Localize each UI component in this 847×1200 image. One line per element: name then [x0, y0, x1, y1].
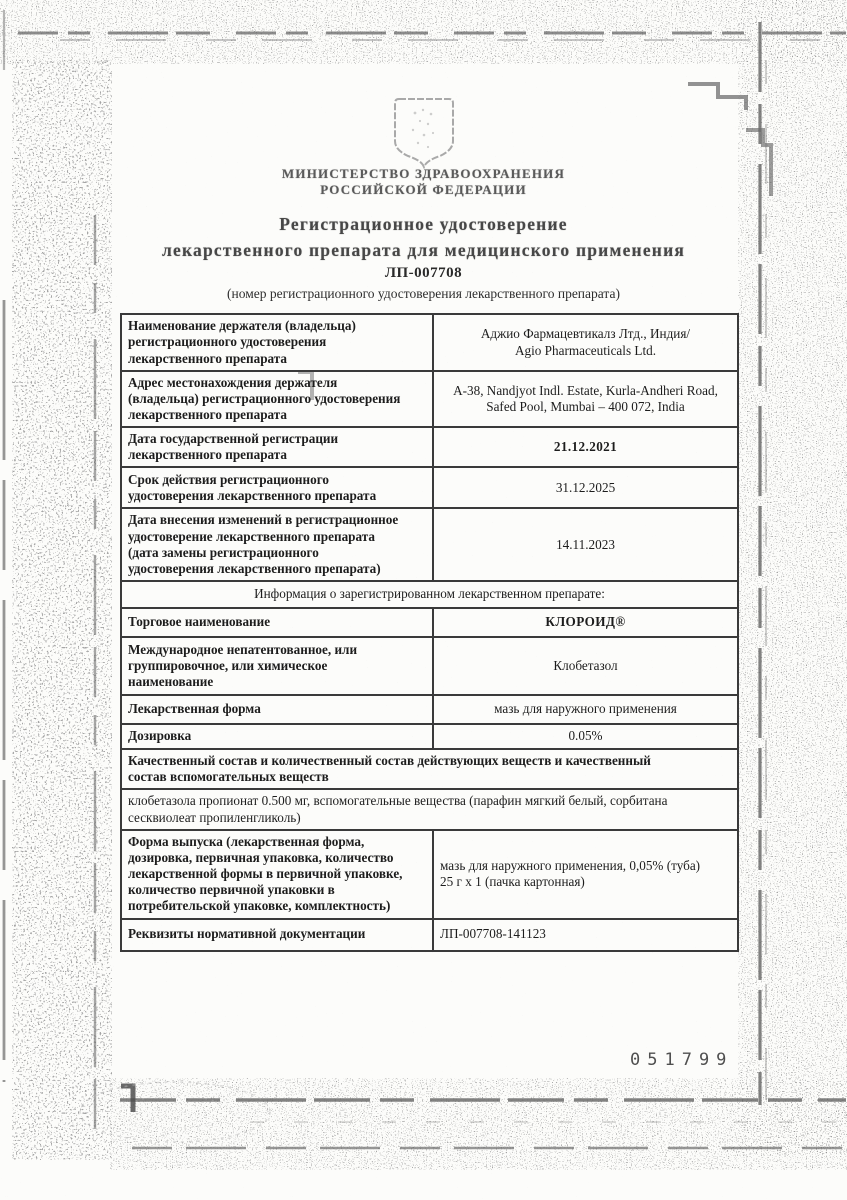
registration-number: ЛП-007708 — [0, 265, 847, 282]
title-line1: Регистрационное удостоверение — [0, 211, 847, 237]
field-label: Форма выпуска (лекарственная форма, дози… — [121, 830, 433, 918]
table-row: Международное непатентованное, или групп… — [121, 637, 738, 695]
field-label: Дата внесения изменений в регистрационно… — [121, 508, 433, 580]
registration-table: Наименование держателя (владельца) регис… — [120, 313, 739, 952]
field-label: Торговое наименование — [121, 608, 433, 637]
field-value: ЛП-007708-141123 — [433, 919, 738, 951]
field-value: мазь для наружного применения, 0,05% (ту… — [433, 830, 738, 918]
serial-number: 051799 — [630, 1050, 733, 1070]
field-value: 31.12.2025 — [433, 467, 738, 508]
field-value: 14.11.2023 — [433, 508, 738, 580]
table-row: Срок действия регистрационного удостовер… — [121, 467, 738, 508]
table-row: Адрес местонахождения держателя (владель… — [121, 371, 738, 427]
field-label: Срок действия регистрационного удостовер… — [121, 467, 433, 508]
registration-number-caption: (номер регистрационного удостоверения ле… — [0, 286, 847, 302]
scanned-registration-certificate: МИНИСТЕРСТВО ЗДРАВООХРАНЕНИЯ РОССИЙСКОЙ … — [0, 0, 847, 1200]
field-label: Дозировка — [121, 724, 433, 749]
table-row: Дата государственной регистрации лекарст… — [121, 427, 738, 467]
table-section-header-row: Информация о зарегистрированном лекарств… — [121, 581, 738, 608]
field-value: мазь для наружного применения — [433, 695, 738, 724]
table-row: Дата внесения изменений в регистрационно… — [121, 508, 738, 580]
field-label: Реквизиты нормативной документации — [121, 919, 433, 951]
composition-text: клобетазола пропионат 0.500 мг, вспомога… — [121, 789, 738, 830]
document-content: МИНИСТЕРСТВО ЗДРАВООХРАНЕНИЯ РОССИЙСКОЙ … — [0, 0, 847, 1200]
table-row: Форма выпуска (лекарственная форма, дози… — [121, 830, 738, 918]
field-label: Дата государственной регистрации лекарст… — [121, 427, 433, 467]
table-fullwidth-row: Качественный состав и количественный сос… — [121, 749, 738, 789]
field-label: Международное непатентованное, или групп… — [121, 637, 433, 695]
ministry-line2: РОССИЙСКОЙ ФЕДЕРАЦИИ — [0, 182, 847, 198]
table-row: Торговое наименование КЛОРОИД® — [121, 608, 738, 637]
field-value: 21.12.2021 — [433, 427, 738, 467]
field-value: КЛОРОИД® — [433, 608, 738, 637]
document-title: Регистрационное удостоверение лекарствен… — [0, 211, 847, 263]
table-fullwidth-row: клобетазола пропионат 0.500 мг, вспомога… — [121, 789, 738, 830]
ministry-name: МИНИСТЕРСТВО ЗДРАВООХРАНЕНИЯ РОССИЙСКОЙ … — [0, 166, 847, 198]
field-value: 0.05% — [433, 724, 738, 749]
coat-of-arms-icon — [393, 97, 455, 169]
ministry-line1: МИНИСТЕРСТВО ЗДРАВООХРАНЕНИЯ — [0, 166, 847, 182]
title-line2: лекарственного препарата для медицинског… — [0, 237, 847, 263]
field-value: Аджио Фармацевтикалз Лтд., Индия/ Agio P… — [433, 314, 738, 371]
composition-heading: Качественный состав и количественный сос… — [121, 749, 738, 789]
table-row: Реквизиты нормативной документации ЛП-00… — [121, 919, 738, 951]
field-label: Наименование держателя (владельца) регис… — [121, 314, 433, 371]
field-value: Клобетазол — [433, 637, 738, 695]
field-label: Лекарственная форма — [121, 695, 433, 724]
table-row: Лекарственная форма мазь для наружного п… — [121, 695, 738, 724]
table-row: Дозировка 0.05% — [121, 724, 738, 749]
field-value: A-38, Nandjyot Indl. Estate, Kurla-Andhe… — [433, 371, 738, 427]
table-row: Наименование держателя (владельца) регис… — [121, 314, 738, 371]
field-label: Адрес местонахождения держателя (владель… — [121, 371, 433, 427]
section-header: Информация о зарегистрированном лекарств… — [121, 581, 738, 608]
